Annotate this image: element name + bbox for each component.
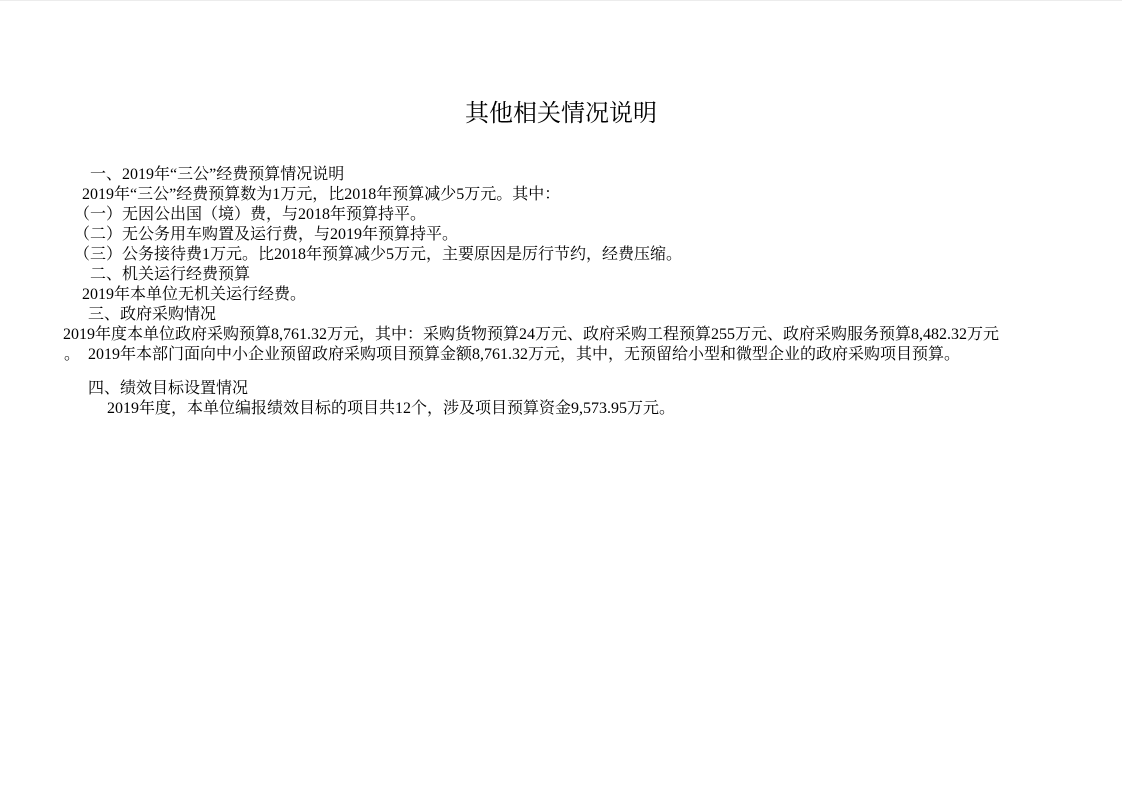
section-4-heading-line: 四、绩效目标设置情况 — [0, 379, 1122, 399]
paragraph-line: 。 2019年本部门面向中小企业预留政府采购项目预算金额8,761.32万元，其… — [0, 345, 1122, 365]
document-body: 一、2019年“三公”经费预算情况说明 2019年“三公”经费预算数为1万元，比… — [0, 165, 1122, 419]
paragraph-line: （一）无因公出国（境）费，与2018年预算持平。 — [0, 205, 1122, 225]
paragraph-line: 2019年“三公”经费预算数为1万元，比2018年预算减少5万元。其中： — [0, 185, 1122, 205]
page-title: 其他相关情况说明 — [0, 100, 1122, 128]
paragraph-line: 2019年本单位无机关运行经费。 — [0, 285, 1122, 305]
section-1-heading-line: 一、2019年“三公”经费预算情况说明 — [0, 165, 1122, 185]
section-2-heading-line: 二、机关运行经费预算 — [0, 265, 1122, 285]
section-3-heading-line: 三、政府采购情况 — [0, 305, 1122, 325]
document-page: 其他相关情况说明 一、2019年“三公”经费预算情况说明 2019年“三公”经费… — [0, 0, 1122, 793]
paragraph-line: 2019年度本单位政府采购预算8,761.32万元，其中：采购货物预算24万元、… — [0, 325, 1122, 345]
paragraph-line: 2019年度，本单位编报绩效目标的项目共12个，涉及项目预算资金9,573.95… — [0, 399, 1122, 419]
paragraph-line: （三）公务接待费1万元。比2018年预算减少5万元，主要原因是厉行节约，经费压缩… — [0, 245, 1122, 265]
paragraph-line: （二）无公务用车购置及运行费，与2019年预算持平。 — [0, 225, 1122, 245]
